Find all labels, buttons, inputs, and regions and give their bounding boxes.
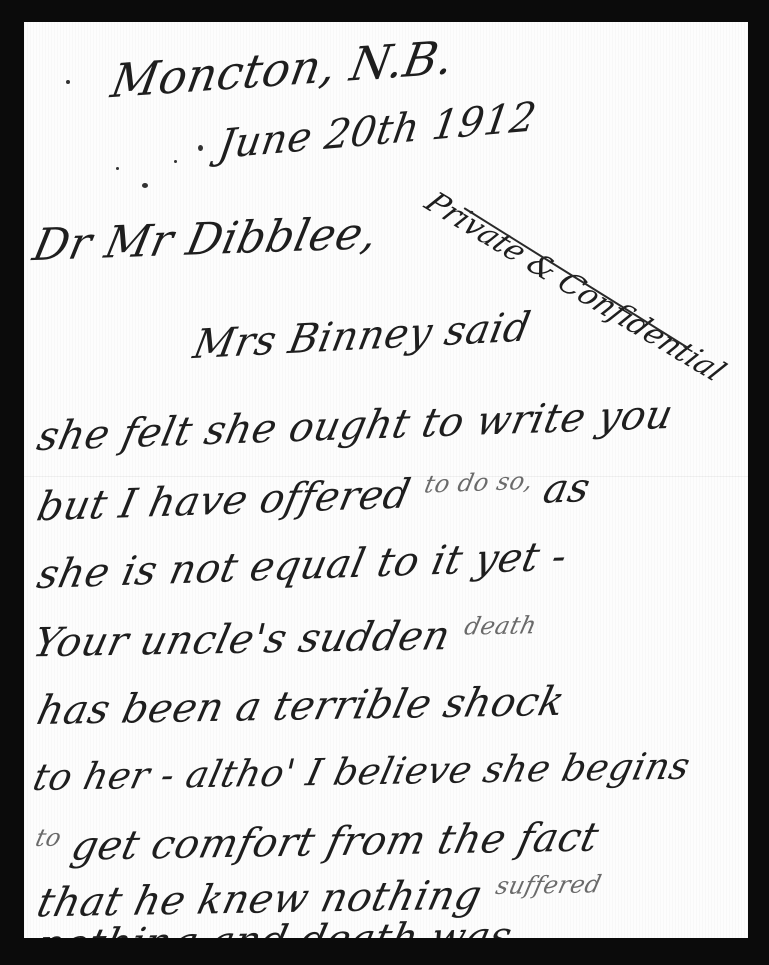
letter-place: Moncton, N.B.	[107, 30, 458, 109]
body-line-4: she is not equal to it yet -	[33, 533, 571, 598]
private-confidential-annotation: Private & Confidential	[417, 186, 732, 388]
ink-speck	[142, 183, 148, 188]
insertion-suffered: suffered	[493, 870, 604, 900]
ink-speck	[66, 80, 70, 84]
body-line-6: has been a terrible shock	[33, 679, 570, 734]
insertion-death: death	[462, 611, 540, 640]
body-line-8-text: get comfort from the fact	[67, 814, 603, 869]
body-line-5: Your uncle's sudden death	[29, 611, 540, 666]
body-line-8: to get comfort from the fact	[29, 814, 604, 870]
body-line-3: but I have offered to do so, as	[33, 465, 594, 531]
body-line-7: to her - altho' I believe she begins	[29, 744, 694, 799]
body-line-1: Mrs Binney said	[189, 304, 534, 368]
insertion-to-do-so: to do so,	[422, 467, 536, 499]
letter-page: Moncton, N.B. June 20th 1912 Private & C…	[24, 22, 748, 938]
letter-salutation: Dr Mr Dibblee,	[29, 208, 383, 271]
ink-speck	[198, 145, 203, 151]
insertion-to: to	[33, 823, 65, 852]
ink-speck	[116, 167, 119, 170]
body-line-5-text: Your uncle's sudden	[29, 613, 455, 666]
letter-date: June 20th 1912	[215, 94, 539, 169]
body-line-3-tail: as	[539, 465, 594, 513]
body-line-3-text: but I have offered	[33, 471, 415, 530]
ink-speck	[174, 160, 177, 163]
body-line-2: she felt she ought to write you	[33, 392, 677, 461]
